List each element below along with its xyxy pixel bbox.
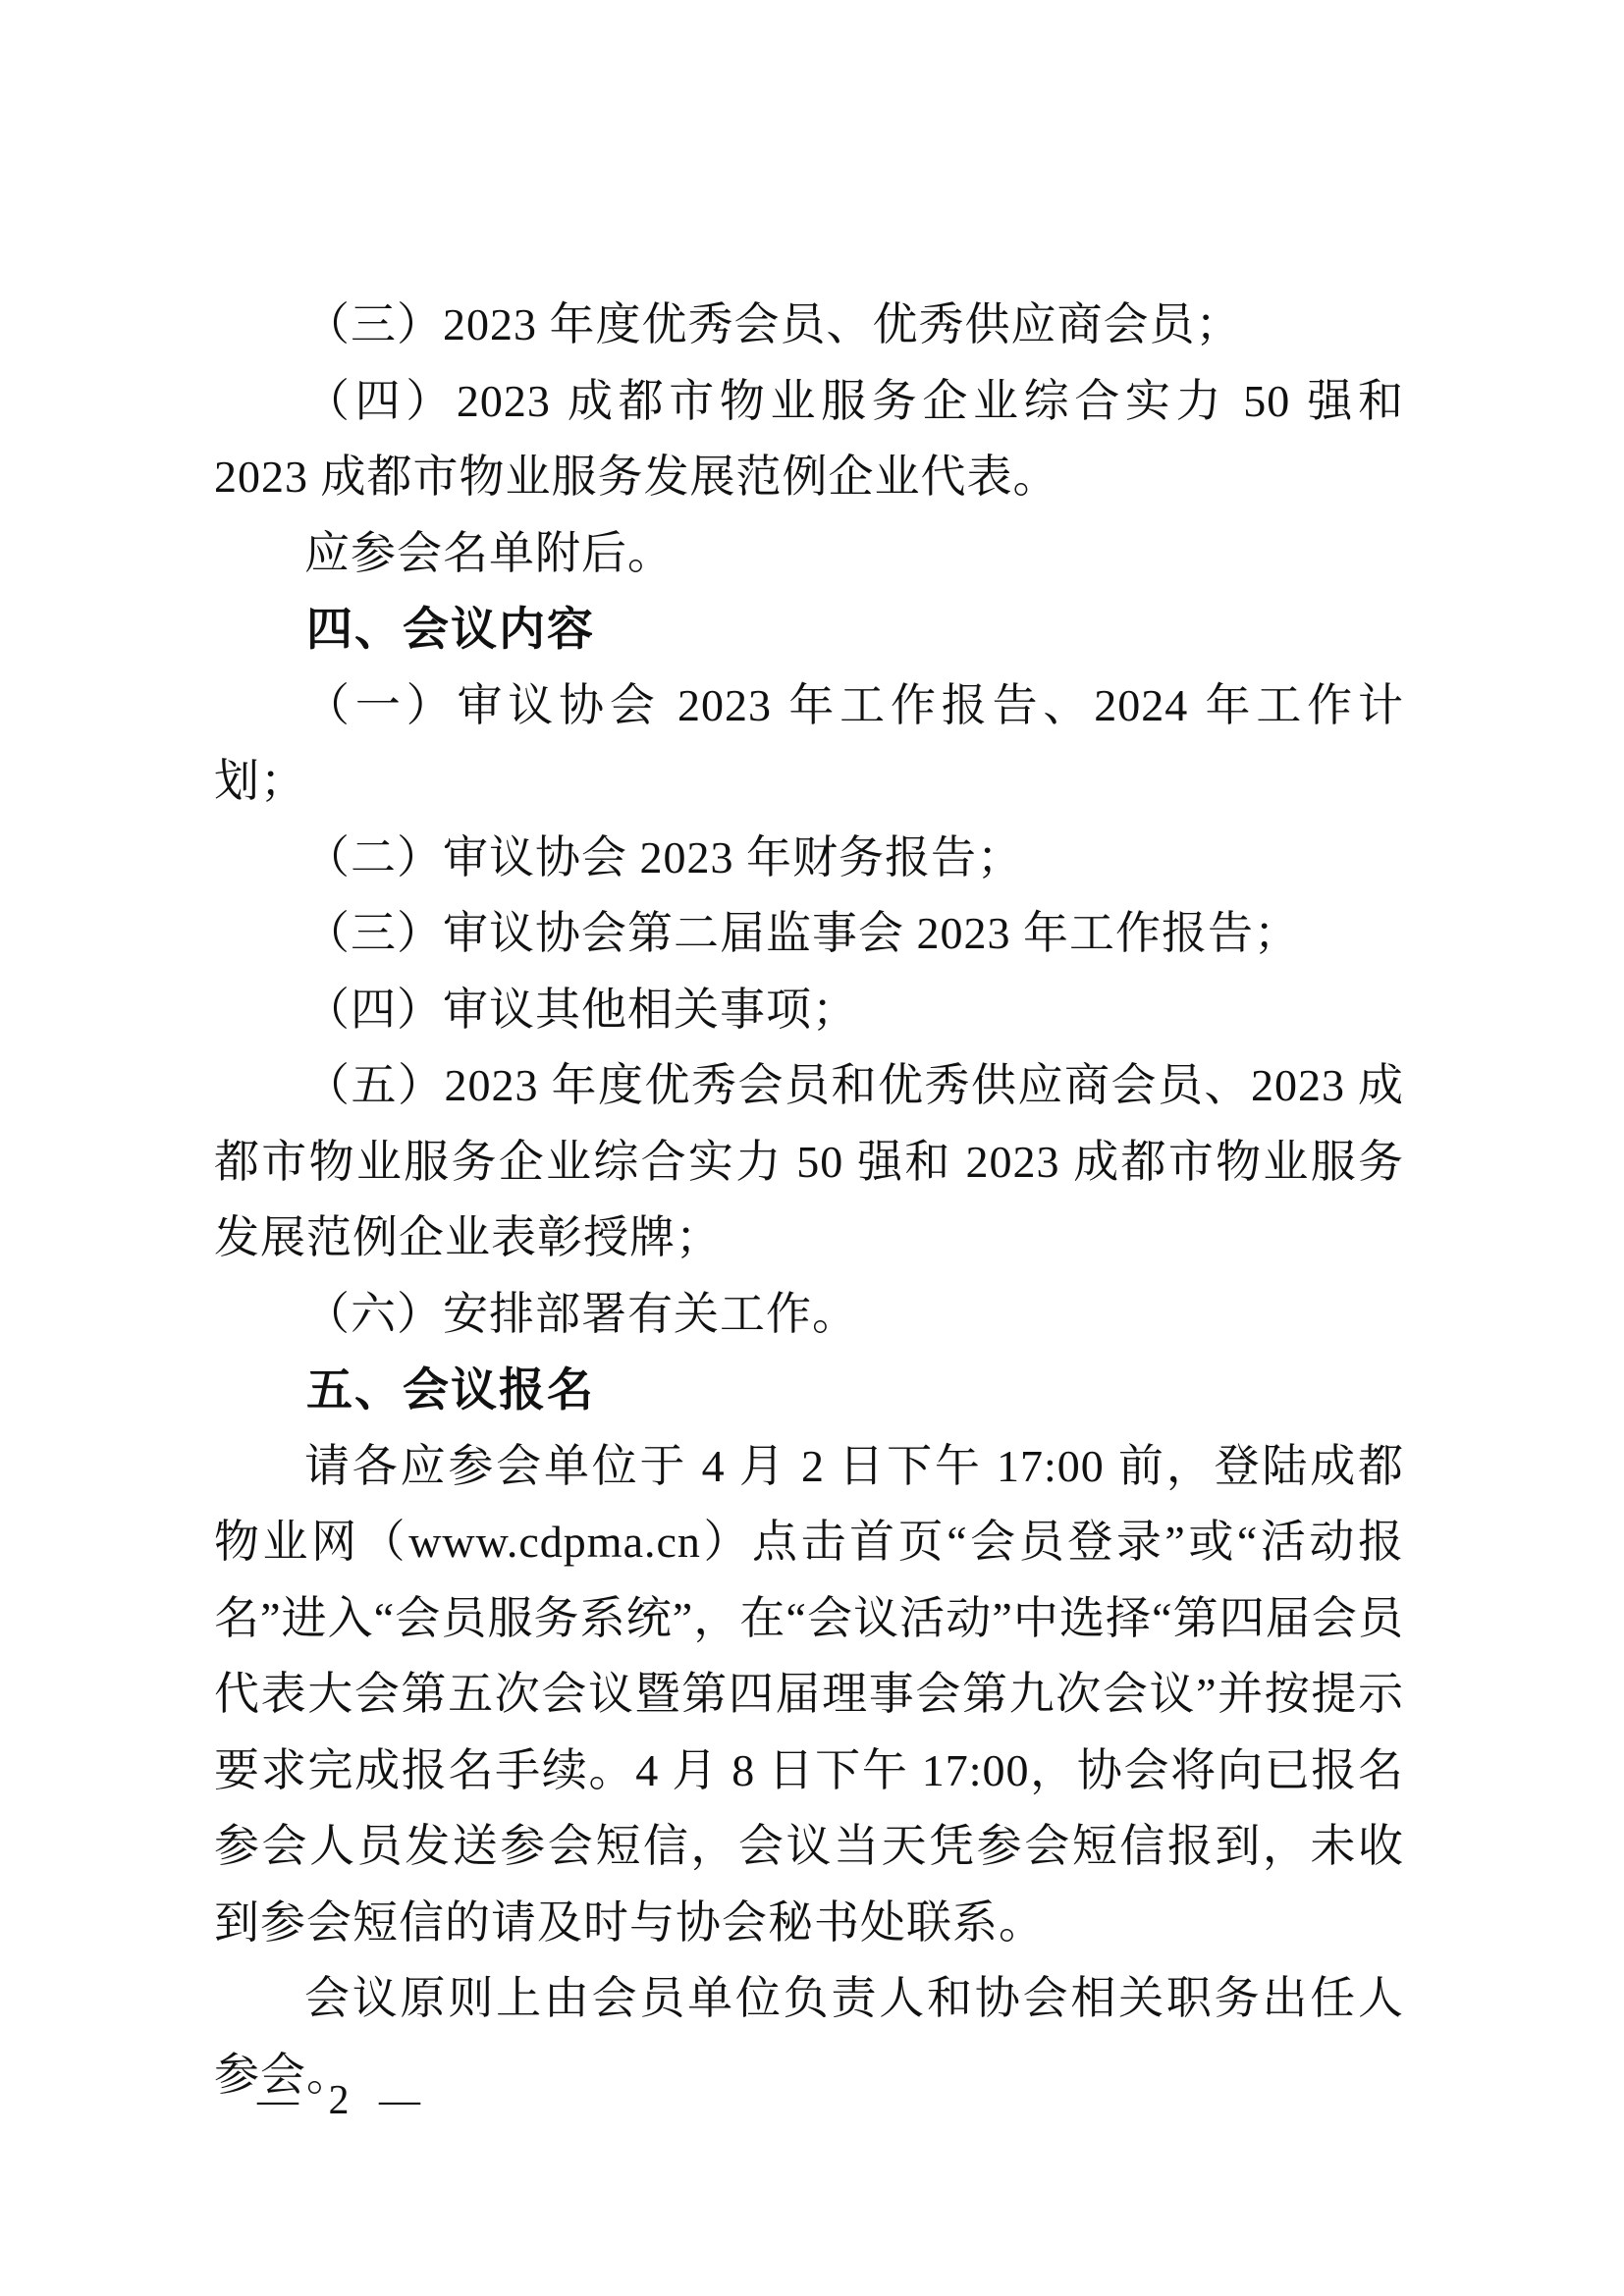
paragraph: （三）2023 年度优秀会员、优秀供应商会员； [214,287,1404,363]
paragraph: （二）审议协会 2023 年财务报告； [214,820,1404,896]
paragraph: （一）审议协会 2023 年工作报告、2024 年工作计划； [214,667,1404,820]
paragraph: （四）审议其他相关事项； [214,972,1404,1048]
document-body: （三）2023 年度优秀会员、优秀供应商会员；（四）2023 成都市物业服务企业… [214,287,1404,2112]
paragraph: （四）2023 成都市物业服务企业综合实力 50 强和 2023 成都市物业服务… [214,363,1404,515]
paragraph: 应参会名单附后。 [214,515,1404,592]
paragraph: 请各应参会单位于 4 月 2 日下午 17:00 前，登陆成都物业网（www.c… [214,1428,1404,1961]
section-heading: 五、会议报名 [214,1352,1404,1428]
document-page: （三）2023 年度优秀会员、优秀供应商会员；（四）2023 成都市物业服务企业… [0,0,1624,2296]
paragraph: （五）2023 年度优秀会员和优秀供应商会员、2023 成都市物业服务企业综合实… [214,1047,1404,1276]
paragraph: （三）审议协会第二届监事会 2023 年工作报告； [214,895,1404,972]
section-heading: 四、会议内容 [214,591,1404,667]
page-number: — 2 — [257,2073,430,2128]
paragraph: （六）安排部署有关工作。 [214,1276,1404,1353]
